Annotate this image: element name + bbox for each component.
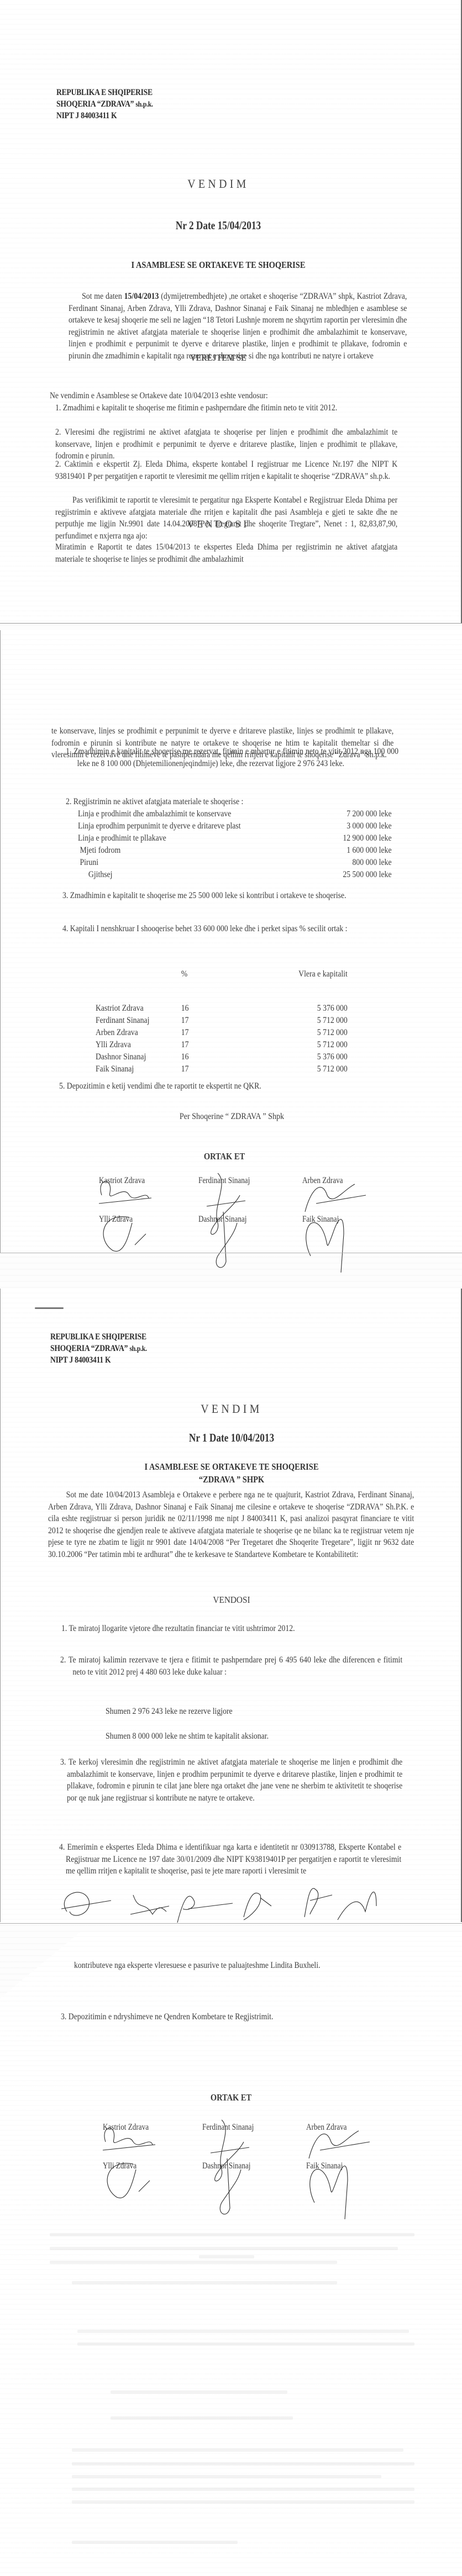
partner-capital: 5 376 000 [253, 1002, 348, 1015]
page-divider [0, 1923, 462, 1924]
decided-item-2: 2. Te miratoj kalimin rezervave te tjera… [60, 1654, 402, 1678]
share-row: Dashnor Sinanaj165 376 000 [96, 1051, 343, 1063]
signature-icon [100, 2158, 172, 2225]
decided-item-2-title: 2. Regjistrimin ne aktivet afatgjata mat… [66, 796, 398, 808]
page-1: REPUBLIKA E SHQIPERISE SHOQERIA “ZDRAVA”… [0, 0, 462, 623]
staple-mark [35, 1307, 64, 1309]
decided-item-5: 3. Depozitimin e ndryshimeve ne Qendren … [61, 2011, 403, 2023]
asset-label: Linja eprodhim perpunimit te dyerve e dr… [78, 820, 241, 832]
assets-table: Linja e prodhimit dhe ambalazhimit te ko… [78, 808, 393, 881]
partner-capital: Vlera e kapitalit [253, 968, 348, 980]
signature-block: Kastriot ZdravaFerdinant SinanajArben Zd… [103, 2123, 379, 2200]
asset-value: 800 000 leke [353, 857, 392, 869]
observed-item-1: 1. Zmadhimi e kapitalit te shoqerise me … [55, 402, 397, 414]
partners-heading: ORTAK ET [35, 2092, 428, 2103]
assembly-heading: I ASAMBLESE SE ORTAKEVE TE SHOQERISE [33, 260, 404, 271]
partner-name: Arben Zdrava [96, 1027, 181, 1039]
signature-icon [96, 1212, 168, 1278]
asset-row: Linja eprodhim perpunimit te dyerve e dr… [78, 820, 392, 832]
partner-pct: 17 [181, 1027, 253, 1039]
decision-title: VENDIM [24, 1402, 439, 1416]
amount-legal-reserve: Shumen 2 976 243 leke ne rezerve ligjore [106, 1706, 353, 1718]
decided-item-5: 5. Depozitimin e ketij vendimi dhe te ra… [59, 1080, 401, 1092]
for-company: Per Shoqerine “ ZDRAVA ” Shpk [1, 1111, 462, 1123]
signature-icon [200, 2158, 271, 2225]
partner-pct: 16 [181, 1051, 253, 1063]
partner-pct: 17 [181, 1039, 253, 1051]
asset-value: 7 200 000 leke [347, 808, 391, 820]
partner-name: Faik Sinanaj [96, 1063, 181, 1075]
partner-name [96, 968, 181, 980]
share-row: Kastriot Zdrava165 376 000 [96, 1002, 343, 1015]
partner-capital: 5 376 000 [253, 1051, 348, 1063]
signature-block: Kastriot ZdravaFerdinant SinanajArben Zd… [99, 1176, 375, 1253]
asset-value: 3 000 000 leke [347, 820, 391, 832]
header-republic: REPUBLIKA E SHQIPERISE [56, 87, 153, 98]
decided-item-4: 4. Kapitali I nenshkruar I shooqerise be… [62, 923, 395, 935]
verification-paragraph: Pas verifikimit te raportit te vleresimi… [55, 494, 397, 542]
partners-heading: ORTAK ET [34, 1151, 415, 1162]
decision-number: Nr 1 Date 10/04/2013 [42, 1431, 421, 1445]
partner-name: Kastriot Zdrava [96, 1002, 181, 1015]
asset-row: Gjithsej25 500 000 leke [78, 869, 392, 881]
page-2: te konservave, linjes se prodhimit e per… [0, 630, 462, 1253]
share-row: Ylli Zdrava175 712 000 [96, 1039, 343, 1051]
header-nipt: NIPT J 84003411 K [56, 110, 153, 122]
decided-item-1: 1. Zmadhimin e kapitalit te shoqerise me… [66, 746, 398, 769]
page-4: kontributeve nga eksperte vleresuese e p… [0, 1932, 462, 2576]
shares-table: %Vlera e kapitalitKastriot Zdrava165 376… [96, 968, 383, 1075]
decision-number: Nr 2 Date 15/04/2013 [39, 219, 397, 233]
asset-label: Linja e prodhimit te pllakave [78, 832, 166, 844]
initials-signatures [50, 1884, 393, 1928]
header-company: SHOQERIA “ZDRAVA” sh.p.k. [50, 1343, 147, 1354]
asset-value: 1 600 000 leke [347, 844, 391, 857]
observed-item-2: 2. Vleresimi dhe regjistrimi ne aktivet … [55, 426, 397, 462]
assembly-heading: I ASAMBLESE SE ORTAKEVE TE SHOQERISE [35, 1461, 428, 1472]
asset-label: Linja e prodhimit dhe ambalazhimit te ko… [78, 808, 231, 820]
asset-label: Gjithsej [78, 869, 112, 881]
decided-item-4: 4. Emerimin e ekspertes Eleda Dhima e id… [59, 1841, 401, 1877]
decided-intro-part1: Miratimin e Raportit te dates 15/04/2013… [55, 541, 397, 565]
decided-heading: VENDOSI [24, 1594, 439, 1606]
asset-row: Piruni800 000 leke [78, 857, 392, 869]
asset-row: Mjeti fodrom1 600 000 leke [78, 844, 392, 857]
decision-title: VENDIM [22, 177, 415, 191]
partner-capital: 5 712 000 [253, 1039, 348, 1051]
observed-heading: VEREJTEM SE [33, 352, 404, 363]
decided-item-1: 1. Te miratoj llogarite vjetore dhe rezu… [61, 1623, 413, 1635]
partner-pct: % [181, 968, 253, 980]
partner-capital: 5 712 000 [253, 1027, 348, 1039]
signature-icon [196, 1212, 267, 1278]
page-3: REPUBLIKA E SHQIPERISE SHOQERIA “ZDRAVA”… [0, 1289, 462, 1922]
amount-share-capital: Shumen 8 000 000 leke ne shtim te kapita… [106, 1730, 353, 1743]
page-divider [0, 1253, 462, 1253]
partner-pct: 16 [181, 1002, 253, 1015]
asset-label: Piruni [78, 857, 98, 869]
asset-value: 12 900 000 leke [343, 832, 391, 844]
share-row: Ferdinant Sinanaj175 712 000 [96, 1015, 343, 1027]
signature-icon [303, 2158, 375, 2225]
assembly-heading-company: “ZDRAVA ” SHPK [35, 1474, 428, 1485]
partner-capital: 5 712 000 [253, 1015, 348, 1027]
asset-row: Linja e prodhimit te pllakave12 900 000 … [78, 832, 392, 844]
header-republic: REPUBLIKA E SHQIPERISE [50, 1331, 147, 1343]
decided-item-3: 3. Zmadhimin e kapitalit te shoqerise me… [62, 890, 395, 902]
asset-label: Mjeti fodrom [78, 844, 120, 857]
header-company: SHOQERIA “ZDRAVA” sh.p.k. [56, 98, 153, 110]
shares-header: %Vlera e kapitalit [96, 968, 343, 980]
asset-value: 25 500 000 leke [343, 869, 391, 881]
partner-capital: 5 712 000 [253, 1063, 348, 1075]
partner-pct: 17 [181, 1063, 253, 1075]
decided-item-4-continued: kontributeve nga eksperte vleresuese e p… [74, 1960, 369, 1972]
signature-icon [300, 1212, 371, 1278]
intro-paragraph: Sot me date 10/04/2013 Asambleja e Ortak… [48, 1489, 414, 1560]
observed-item-3: 2. Caktimin e ekspertit Zj. Eleda Dhima,… [55, 458, 397, 482]
share-row: Faik Sinanaj175 712 000 [96, 1063, 343, 1075]
partner-pct: 17 [181, 1015, 253, 1027]
partner-name: Ferdinant Sinanaj [96, 1015, 181, 1027]
document-header: REPUBLIKA E SHQIPERISE SHOQERIA “ZDRAVA”… [56, 87, 153, 122]
decided-heading: VENDOSI [22, 519, 415, 531]
partner-name: Ylli Zdrava [96, 1039, 181, 1051]
observed-intro: Ne vendimin e Asamblese se Ortakeve date… [50, 390, 373, 402]
intro-paragraph: Sot me daten 15/04/2013 (dymijetrembedhj… [69, 291, 407, 362]
document-header-2: REPUBLIKA E SHQIPERISE SHOQERIA “ZDRAVA”… [50, 1331, 147, 1366]
share-row: Arben Zdrava175 712 000 [96, 1027, 343, 1039]
decided-item-3: 3. Te kerkoj vleresimin dhe regjistrimin… [60, 1756, 402, 1804]
page-divider [0, 623, 462, 624]
partner-name: Dashnor Sinanaj [96, 1051, 181, 1063]
header-nipt: NIPT J 84003411 K [50, 1354, 147, 1366]
asset-row: Linja e prodhimit dhe ambalazhimit te ko… [78, 808, 392, 820]
